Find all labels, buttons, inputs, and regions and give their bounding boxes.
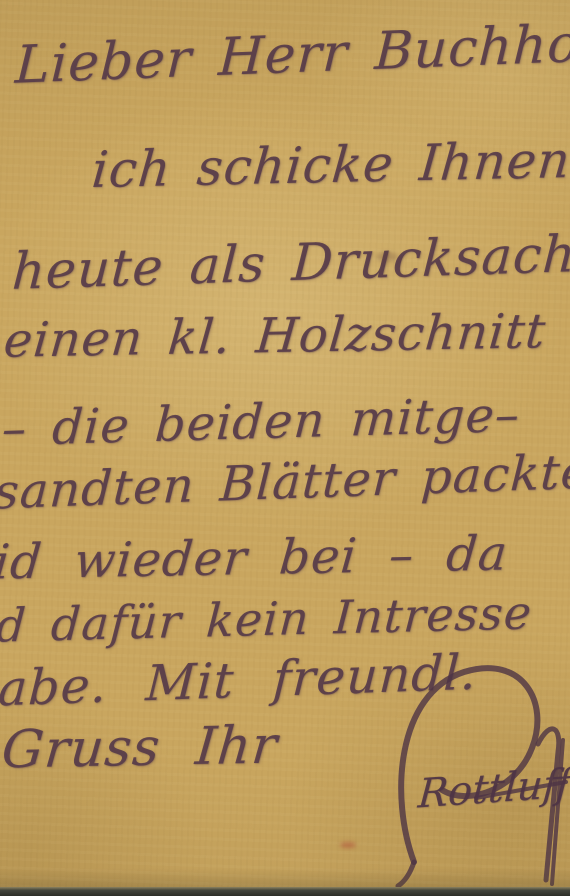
handwriting-line-10: Gruss Ihr (0, 720, 280, 777)
handwriting-line-4: einen kl. Holzschnitt (2, 307, 548, 365)
signature-block: Rottluff (380, 648, 570, 888)
handwriting-line-2: ich schicke Ihnen (90, 135, 570, 195)
handwritten-letter-photo: Lieber Herr Buchholz ich schicke Ihnen h… (0, 0, 570, 896)
handwriting-line-7: id wieder bei – da (0, 529, 510, 586)
handwriting-line-8: d dafür kein Intresse (0, 589, 534, 648)
handwriting-line-5: – die beiden mitge– (1, 391, 522, 454)
scan-edge-strip (0, 887, 570, 896)
